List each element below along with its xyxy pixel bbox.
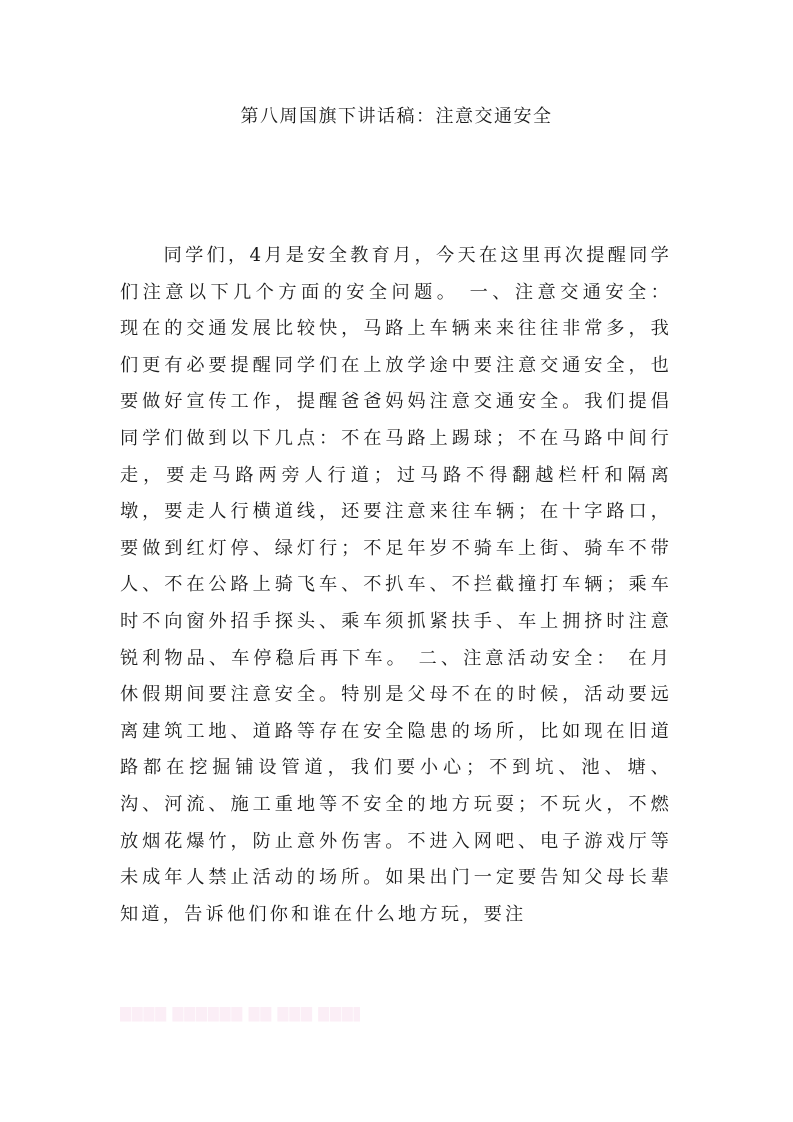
document-title: 第八周国旗下讲话稿：注意交通安全	[0, 104, 793, 130]
document-page: 第八周国旗下讲话稿：注意交通安全 同学们，4月是安全教育月，今天在这里再次提醒同…	[0, 0, 793, 1122]
document-body-paragraph: 同学们，4月是安全教育月，今天在这里再次提醒同学们注意以下几个方面的安全问题。 …	[120, 238, 672, 933]
faint-watermark-text: ▇▇▇▇ ▇▇▇▇▇▇ ▇▇ ▇▇▇ ▇▇▇▇▇ ▇▇	[120, 1005, 360, 1023]
